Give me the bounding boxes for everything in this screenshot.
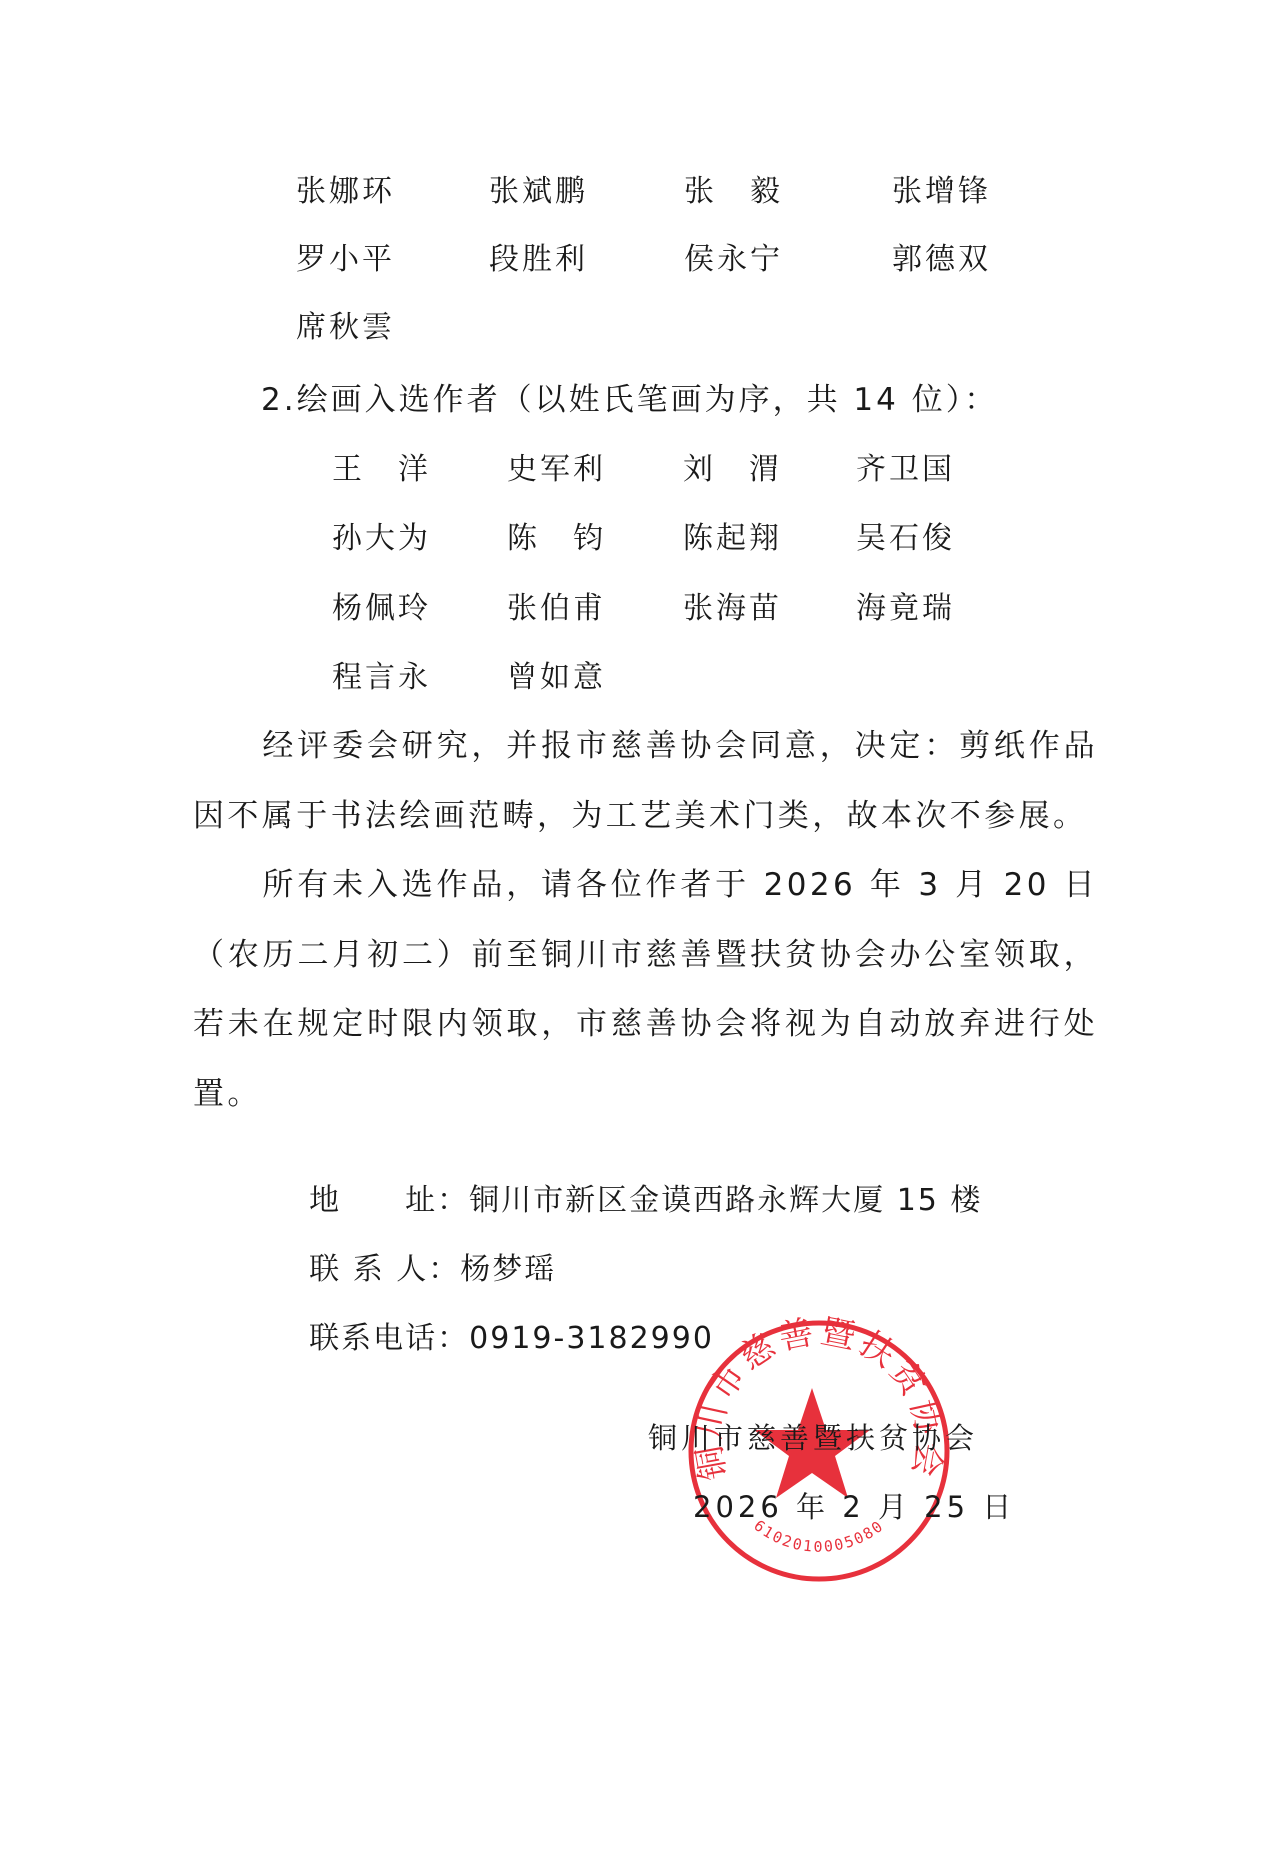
- author-name: 史军利: [507, 450, 606, 490]
- author-name: 刘 渭: [683, 450, 782, 490]
- author-name: 陈起翔: [683, 519, 782, 559]
- phone-line: 联系电话：0919-3182990: [263, 1279, 714, 1399]
- paragraph-text: 所有未入选作品，请各位作者于 2026 年 3 月 20 日（农历二月初二）前至…: [193, 867, 1098, 1112]
- author-name: 段胜利: [489, 240, 588, 280]
- author-name: 张海苗: [683, 589, 782, 629]
- signing-organization: 铜川市慈善暨扶贫协会: [648, 1418, 978, 1458]
- author-name: 张娜环: [296, 172, 395, 212]
- phone-value: 0919-3182990: [469, 1321, 714, 1356]
- author-name: 侯永宁: [684, 240, 783, 280]
- author-name: 郭德双: [892, 240, 991, 280]
- author-name: 张斌鹏: [489, 172, 588, 212]
- author-name: 张增锋: [892, 172, 991, 212]
- section-heading-painting: 2.绘画入选作者（以姓氏笔画为序，共 14 位）：: [261, 380, 998, 420]
- paragraph-text: 经评委会研究，并报市慈善协会同意，决定：剪纸作品因不属于书法绘画范畴，为工艺美术…: [193, 728, 1098, 834]
- author-name: 曾如意: [507, 658, 606, 698]
- phone-label: 联系电话：: [309, 1321, 469, 1356]
- author-name: 程言永: [332, 658, 431, 698]
- paragraph-unselected-works-pickup: 所有未入选作品，请各位作者于 2026 年 3 月 20 日（农历二月初二）前至…: [193, 851, 1098, 1129]
- author-name: 张 毅: [684, 172, 783, 212]
- signing-date: 2026 年 2 月 25 日: [693, 1487, 1015, 1527]
- author-name: 席秋雲: [296, 308, 395, 348]
- document-page: 张娜环 张斌鹏 张 毅 张增锋 罗小平 段胜利 侯永宁 郭德双 席秋雲 2.绘画…: [0, 0, 1280, 1854]
- author-name: 王 洋: [332, 450, 431, 490]
- author-name: 海竟瑞: [856, 589, 955, 629]
- author-name: 孙大为: [332, 519, 431, 559]
- paragraph-paper-cut-decision: 经评委会研究，并报市慈善协会同意，决定：剪纸作品因不属于书法绘画范畴，为工艺美术…: [193, 712, 1098, 851]
- author-name: 吴石俊: [856, 519, 955, 559]
- author-name: 罗小平: [296, 240, 395, 280]
- author-name: 张伯甫: [507, 589, 606, 629]
- author-name: 杨佩玲: [332, 589, 431, 629]
- author-name: 陈 钧: [507, 519, 606, 559]
- author-name: 齐卫国: [856, 450, 955, 490]
